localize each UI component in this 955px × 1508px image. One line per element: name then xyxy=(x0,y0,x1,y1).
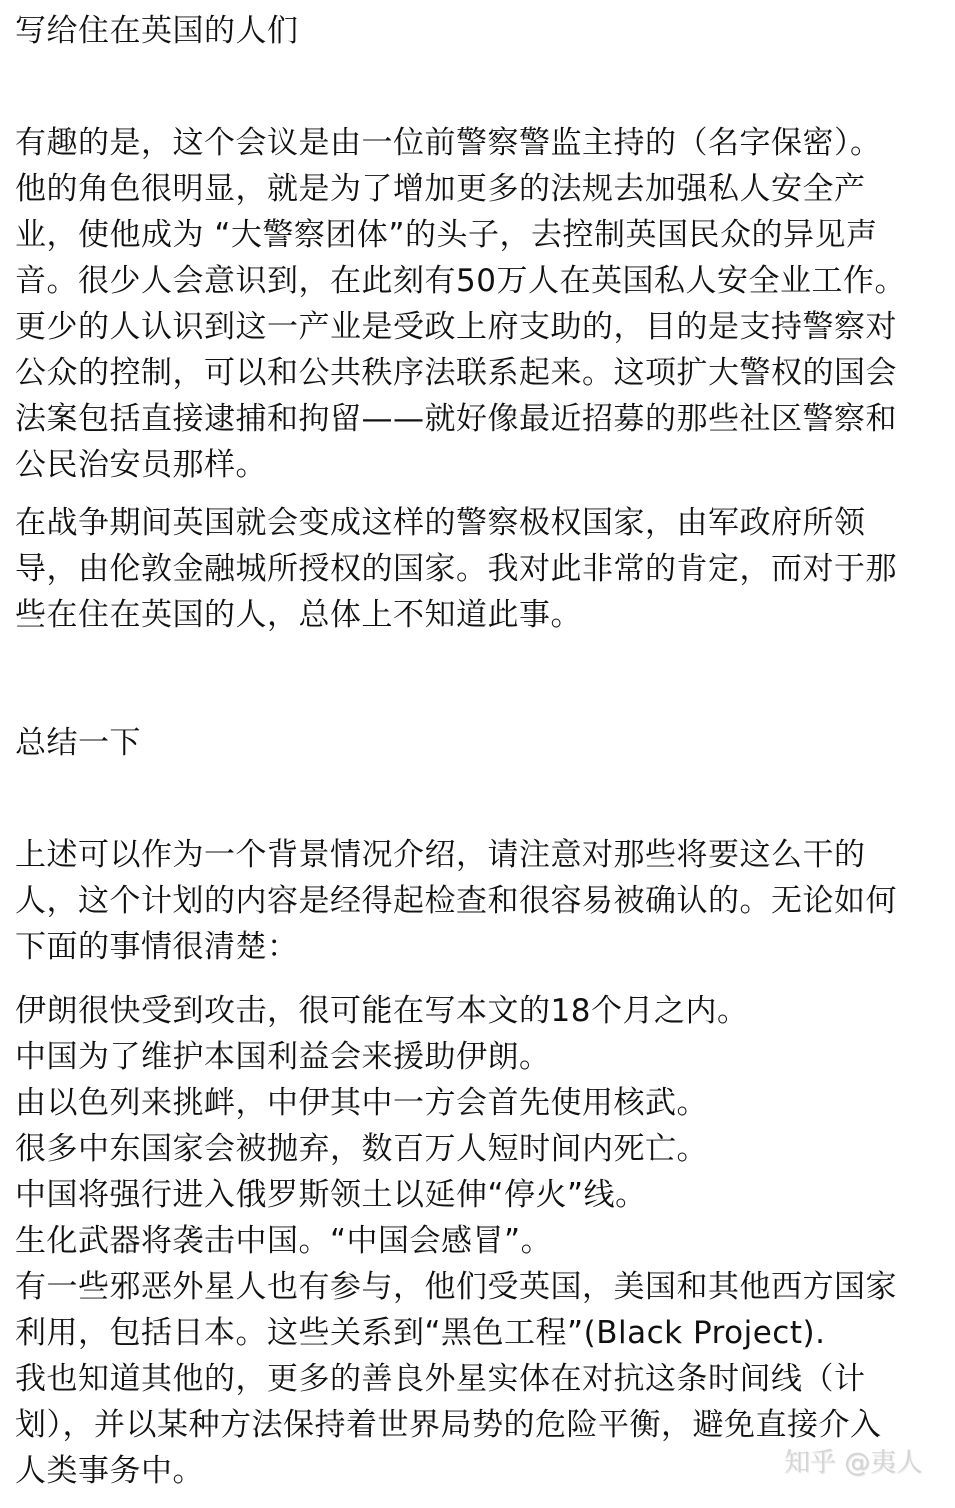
paragraph-line: 法案包括直接逮捕和拘留——就好像最近招募的那些社区警察和 xyxy=(15,396,897,442)
paragraph-line: 他的角色很明显，就是为了增加更多的法规去加强私人安全产 xyxy=(15,166,866,212)
paragraph-line: 人，这个计划的内容是经得起检查和很容易被确认的。无论如何 xyxy=(15,878,897,924)
list-item: 生化武器将袭击中国。“中国会感冒”。 xyxy=(15,1218,552,1264)
list-item: 很多中东国家会被抛弃，数百万人短时间内死亡。 xyxy=(15,1126,708,1172)
list-item: 划），并以某种方法保持着世界局势的危险平衡，避免直接介入 xyxy=(15,1402,882,1448)
list-item: 有一些邪恶外星人也有参与，他们受英国，美国和其他西方国家 xyxy=(15,1264,897,1310)
paragraph-line: 公民治安员那样。 xyxy=(15,442,267,488)
list-item: 我也知道其他的，更多的善良外星实体在对抗这条时间线（计 xyxy=(15,1356,866,1402)
paragraph-line: 公众的控制，可以和公共秩序法联系起来。这项扩大警权的国会 xyxy=(15,350,897,396)
paragraph-line: 些在住在英国的人，总体上不知道此事。 xyxy=(15,592,582,638)
list-item: 利用，包括日本。这些关系到“黑色工程”(Black Project). xyxy=(15,1310,825,1356)
article-title: 写给住在英国的人们 xyxy=(15,8,299,54)
list-item: 中国为了维护本国利益会来援助伊朗。 xyxy=(15,1034,551,1080)
list-item: 伊朗很快受到攻击，很可能在写本文的18个月之内。 xyxy=(15,988,748,1034)
paragraph-line: 导，由伦敦金融城所授权的国家。我对此非常的肯定，而对于那 xyxy=(15,546,897,592)
paragraph-line: 上述可以作为一个背景情况介绍，请注意对那些将要这么干的 xyxy=(15,832,866,878)
paragraph-line: 业，使他成为 “大警察团体”的头子，去控制英国民众的异见声 xyxy=(15,212,877,258)
list-item: 中国将强行进入俄罗斯领土以延伸“停火”线。 xyxy=(15,1172,647,1218)
paragraph-line: 下面的事情很清楚： xyxy=(15,924,299,970)
paragraph-line: 在战争期间英国就会变成这样的警察极权国家，由军政府所领 xyxy=(15,500,866,546)
zhihu-watermark: 知乎 @夷人 xyxy=(784,1446,922,1480)
list-item: 由以色列来挑衅，中伊其中一方会首先使用核武。 xyxy=(15,1080,708,1126)
paragraph-line: 音。很少人会意识到，在此刻有50万人在英国私人安全业工作。 xyxy=(15,258,906,304)
paragraph-line: 有趣的是，这个会议是由一位前警察警监主持的（名字保密）。 xyxy=(15,120,882,166)
paragraph-line: 更少的人认识到这一产业是受政上府支助的，目的是支持警察对 xyxy=(15,304,897,350)
section-heading: 总结一下 xyxy=(15,720,141,766)
list-item: 人类事务中。 xyxy=(15,1448,204,1494)
article-page: 写给住在英国的人们 有趣的是，这个会议是由一位前警察警监主持的（名字保密）。 他… xyxy=(0,0,955,1508)
